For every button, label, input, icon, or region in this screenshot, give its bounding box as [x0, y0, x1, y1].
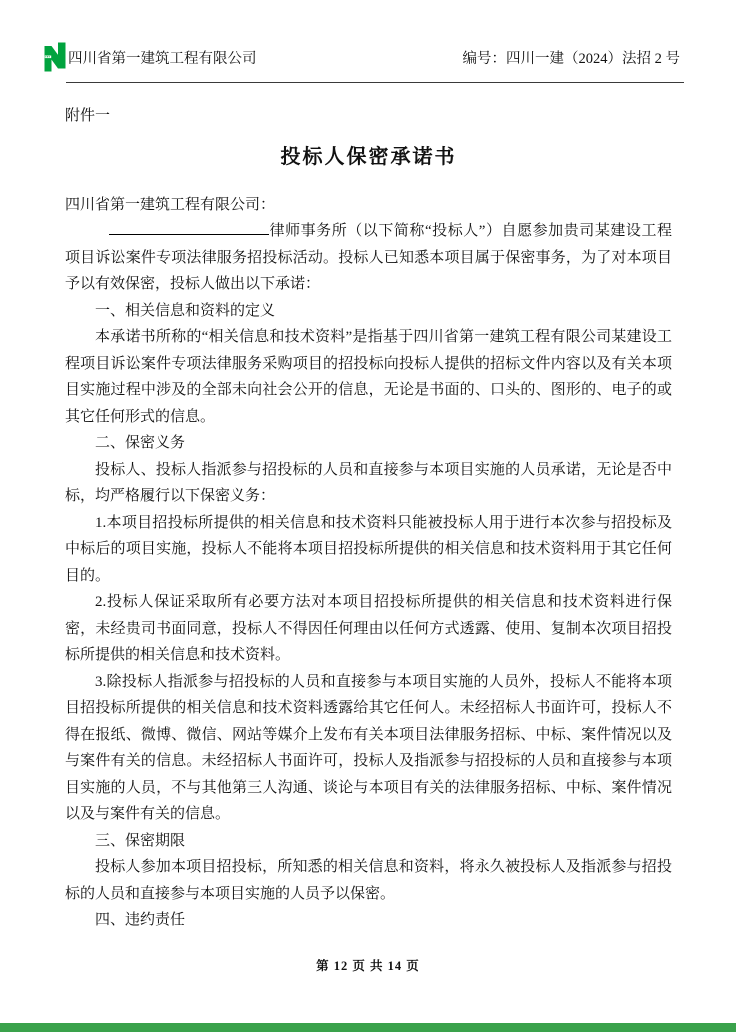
attachment-label: 附件一	[65, 103, 672, 130]
section-1-heading: 一、相关信息和资料的定义	[65, 298, 672, 325]
fill-in-blank-underline	[109, 220, 269, 235]
header-doc-number: 编号：四川一建（2024）法招 2 号	[463, 47, 681, 68]
document-page: 四川省第一建筑工程有限公司 编号：四川一建（2024）法招 2 号 附件一 投标…	[0, 0, 736, 1032]
header-left-group: 四川省第一建筑工程有限公司	[44, 42, 257, 72]
section-2-paragraph-2: 1.本项目招投标所提供的相关信息和技术资料只能被投标人用于进行本次参与招投标及中…	[65, 510, 672, 590]
section-2-paragraph-1: 投标人、投标人指派参与招投标的人员和直接参与本项目实施的人员承诺，无论是否中标，…	[65, 457, 672, 510]
salutation-line: 四川省第一建筑工程有限公司：	[65, 192, 672, 219]
document-body: 附件一 投标人保密承诺书 四川省第一建筑工程有限公司： 律师事务所（以下简称“投…	[65, 103, 672, 934]
section-3-heading: 三、保密期限	[65, 828, 672, 855]
header-divider-line	[66, 82, 684, 83]
page-number-footer: 第 12 页 共 14 页	[0, 956, 736, 974]
intro-paragraph: 律师事务所（以下简称“投标人”）自愿参加贵司某建设工程项目诉讼案件专项法律服务招…	[65, 218, 672, 298]
section-3-paragraph-1: 投标人参加本项目招投标，所知悉的相关信息和资料，将永久被投标人及指派参与招投标的…	[65, 854, 672, 907]
footer-green-bar	[0, 1023, 736, 1032]
header-company-name: 四川省第一建筑工程有限公司	[68, 47, 257, 68]
page-header: 四川省第一建筑工程有限公司 编号：四川一建（2024）法招 2 号	[44, 42, 680, 72]
section-1-paragraph: 本承诺书所称的“相关信息和技术资料”是指基于四川省第一建筑工程有限公司某建设工程…	[65, 324, 672, 430]
section-2-heading: 二、保密义务	[65, 430, 672, 457]
section-4-heading: 四、违约责任	[65, 907, 672, 934]
company-logo-icon	[44, 42, 66, 72]
section-2-paragraph-4: 3.除投标人指派参与招投标的人员和直接参与本项目实施的人员外，投标人不能将本项目…	[65, 669, 672, 828]
section-2-paragraph-3: 2.投标人保证采取所有必要方法对本项目招投标所提供的相关信息和技术资料进行保密，…	[65, 589, 672, 669]
page-title: 投标人保密承诺书	[65, 143, 672, 171]
